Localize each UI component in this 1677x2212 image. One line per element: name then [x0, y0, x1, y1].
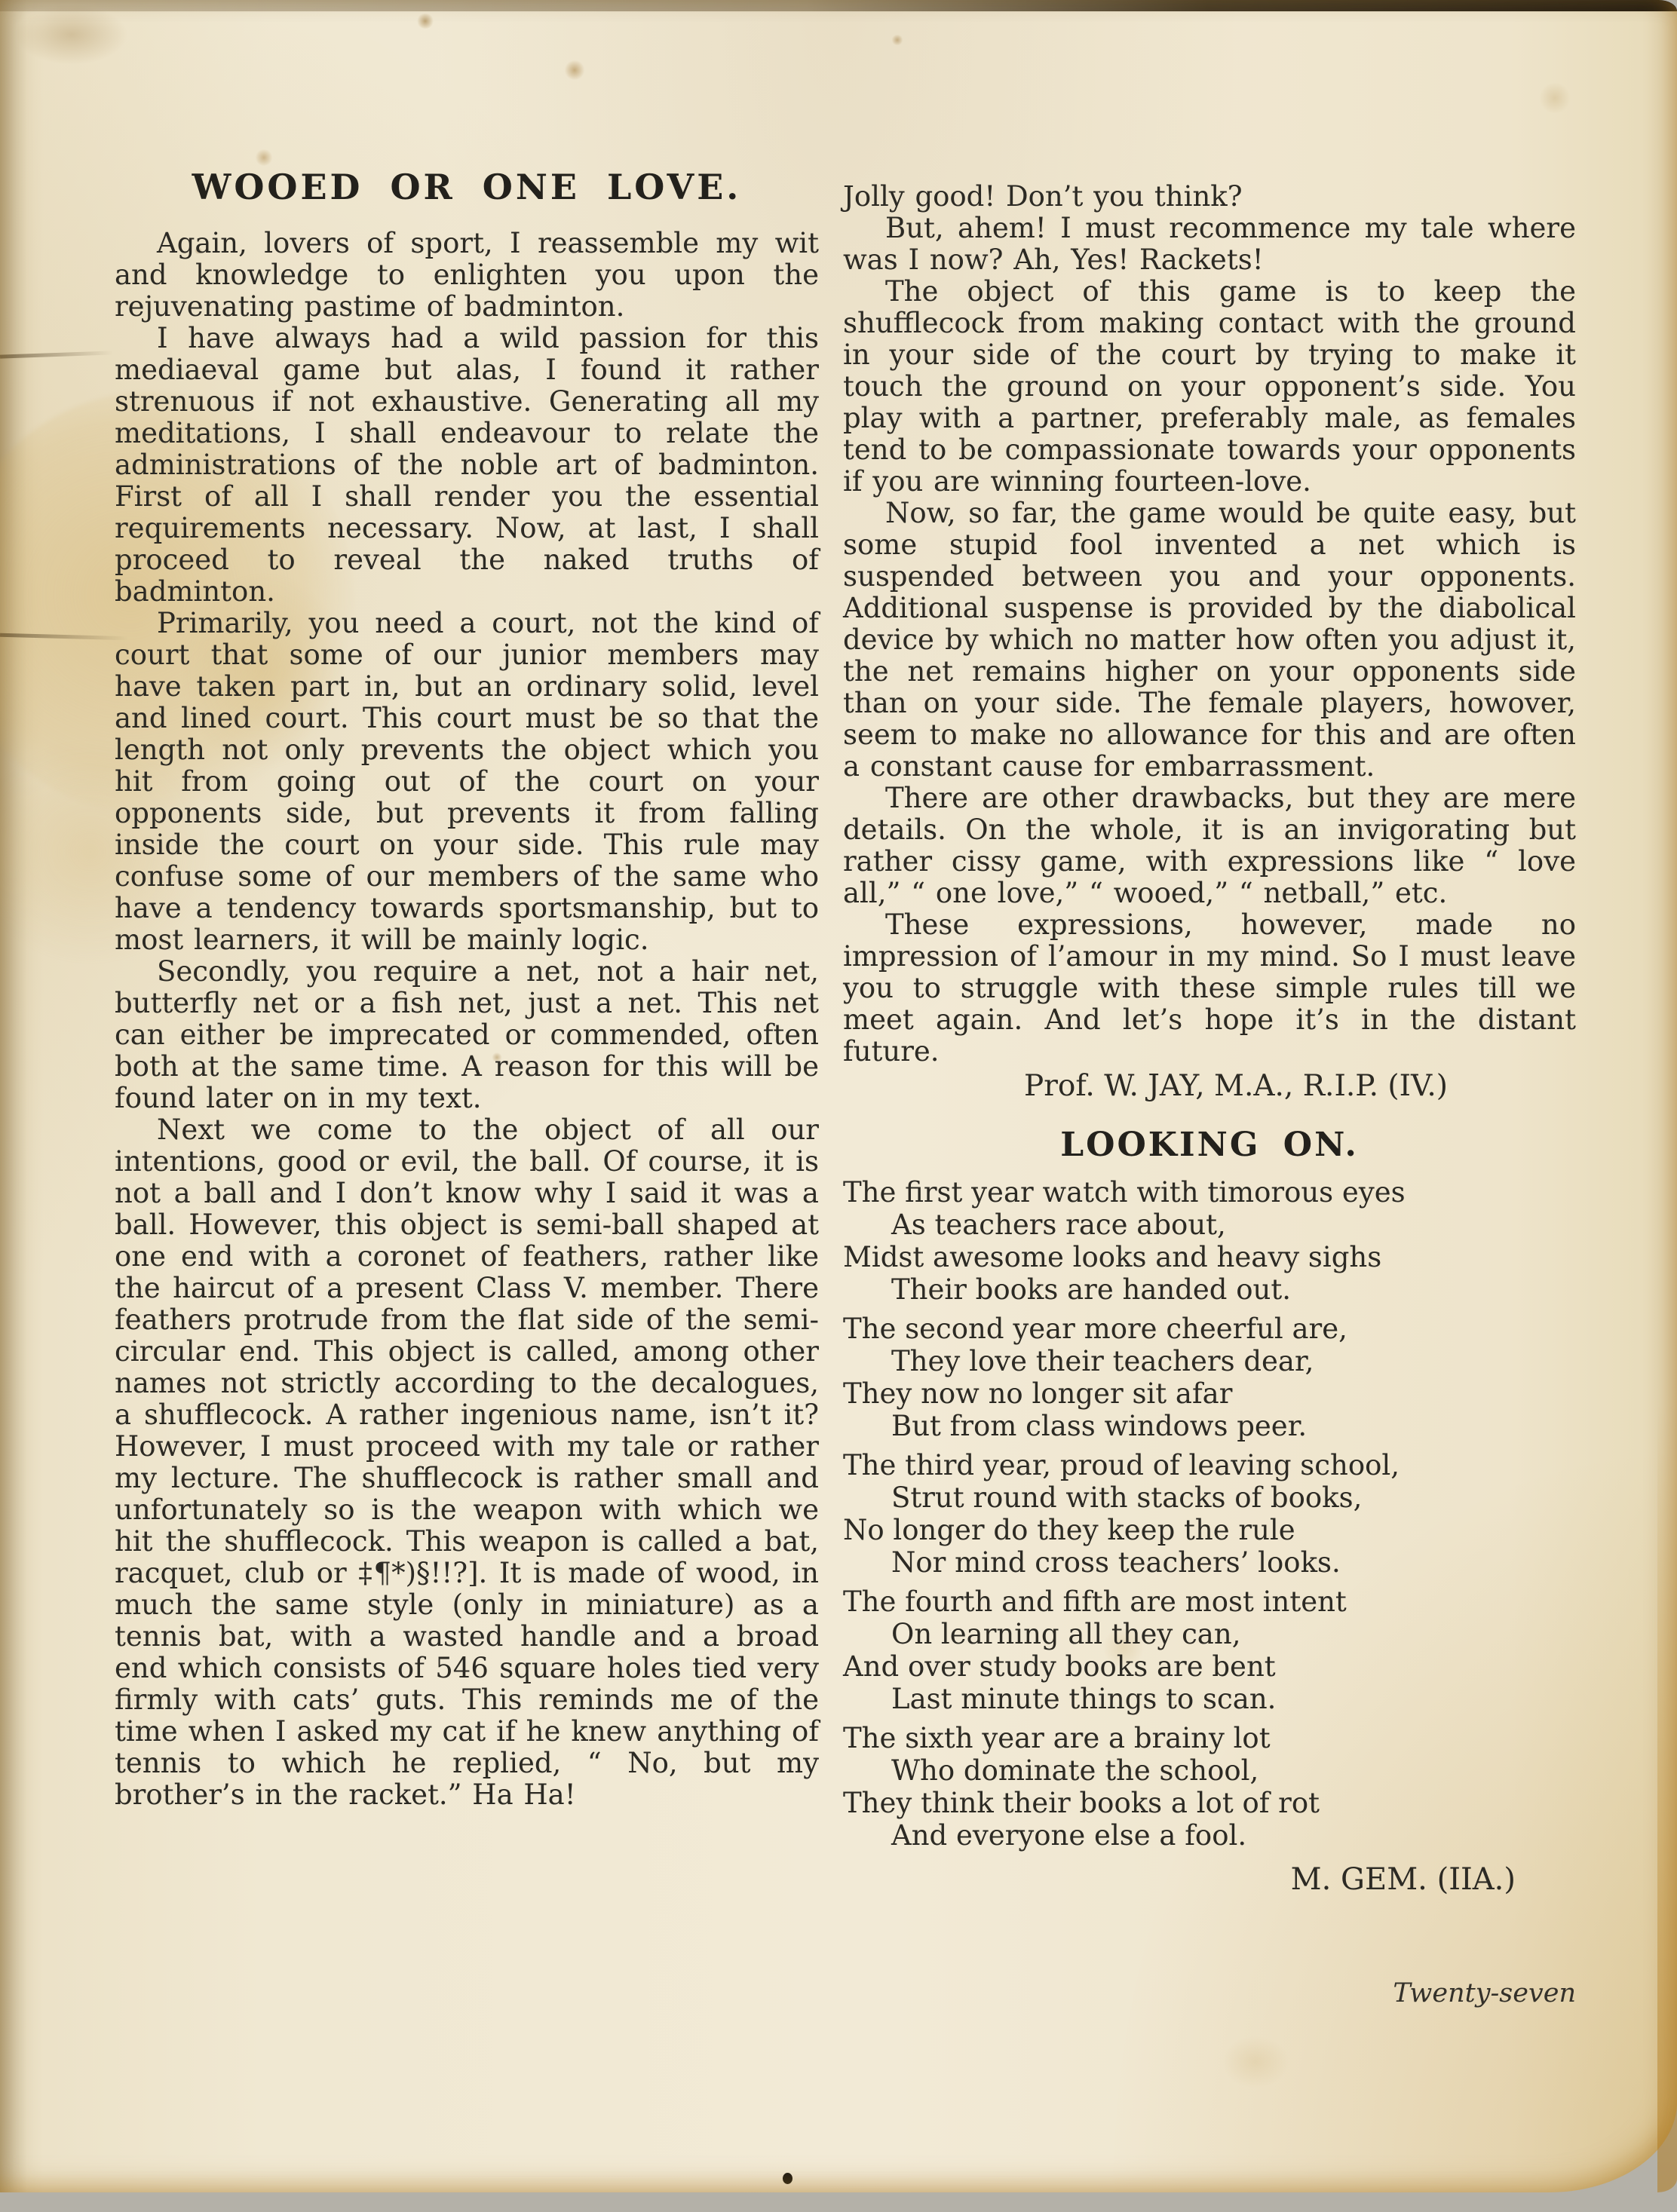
- article-paragraph: Again, lovers of sport, I reassemble my …: [115, 228, 819, 323]
- poem-line: As teachers race about,: [843, 1209, 1576, 1241]
- article-column-left: WOOED OR ONE LOVE. Again, lovers of spor…: [115, 167, 819, 1811]
- top-edge-shadow: [0, 0, 1677, 11]
- poem-line: No longer do they keep the rule: [843, 1514, 1576, 1546]
- poem-line: Nor mind cross teachers’ looks.: [843, 1546, 1576, 1579]
- poem-line: The second year more cheerful are,: [843, 1313, 1576, 1345]
- foxing-spot: [416, 14, 434, 29]
- poem-stanza: The second year more cheerful are, They …: [843, 1313, 1576, 1442]
- article-paragraph: Primarily, you need a court, not the kin…: [115, 608, 819, 956]
- poem-line: The fourth and fifth are most intent: [843, 1585, 1576, 1618]
- poem-line: The first year watch with timorous eyes: [843, 1176, 1576, 1209]
- article-title: WOOED OR ONE LOVE.: [115, 167, 819, 207]
- poem-line: Their books are handed out.: [843, 1273, 1576, 1306]
- poem-signature: M. GEM. (IIA.): [843, 1862, 1576, 1897]
- poem-line: They love their teachers dear,: [843, 1345, 1576, 1377]
- poem-stanza: The third year, proud of leaving school,…: [843, 1449, 1576, 1579]
- poem-line: On learning all they can,: [843, 1618, 1576, 1650]
- poem-title: LOOKING ON.: [843, 1126, 1576, 1164]
- ink-speck: [783, 2173, 793, 2184]
- poem-line: And everyone else a fool.: [843, 1819, 1576, 1852]
- poem-line: And over study books are bent: [843, 1650, 1576, 1683]
- article-paragraph: But, ahem! I must recommence my tale whe…: [843, 213, 1576, 276]
- poem-stanza: The first year watch with timorous eyes …: [843, 1176, 1576, 1306]
- foxing-spot: [255, 149, 273, 166]
- poem-line: Strut round with stacks of books,: [843, 1481, 1576, 1514]
- article-paragraph: The object of this game is to keep the s…: [843, 276, 1576, 498]
- page-edge-amber: [1657, 1402, 1677, 2192]
- article-paragraph: Secondly, you require a net, not a hair …: [115, 956, 819, 1114]
- poem-line: They think their books a lot of rot: [843, 1787, 1576, 1819]
- article-paragraph: These expressions, however, made no impr…: [843, 909, 1576, 1068]
- binding-shadow: [0, 0, 27, 2192]
- foxing-spot: [15, 5, 128, 65]
- foxing-spot: [1222, 2036, 1289, 2088]
- article-paragraph: I have always had a wild passion for thi…: [115, 323, 819, 608]
- article-paragraph: There are other drawbacks, but they are …: [843, 783, 1576, 909]
- scanner-bed: { "document": { "article": { "title": "W…: [0, 0, 1677, 2212]
- article-column-right: Jolly good! Don’t you think? But, ahem! …: [843, 181, 1576, 1897]
- poem-stanza: The fourth and fifth are most intent On …: [843, 1585, 1576, 1715]
- foxing-spot: [1538, 83, 1571, 113]
- article-paragraph: Now, so far, the game would be quite eas…: [843, 498, 1576, 783]
- article-paragraph: Jolly good! Don’t you think?: [843, 181, 1576, 213]
- page-sheet: WOOED OR ONE LOVE. Again, lovers of spor…: [0, 0, 1677, 2192]
- poem-line: Midst awesome looks and heavy sighs: [843, 1241, 1576, 1273]
- foxing-spot: [564, 60, 585, 80]
- poem-line: Last minute things to scan.: [843, 1683, 1576, 1715]
- foxing-spot: [891, 35, 903, 45]
- page-number-label: Twenty-seven: [843, 1978, 1675, 2008]
- poem-line: But from class windows peer.: [843, 1410, 1576, 1442]
- article-attribution: Prof. W. JAY, M.A., R.I.P. (IV.): [843, 1069, 1576, 1104]
- article-paragraph: Next we come to the object of all our in…: [115, 1114, 819, 1811]
- poem-line: Who dominate the school,: [843, 1754, 1576, 1787]
- poem-line: They now no longer sit afar: [843, 1377, 1576, 1410]
- poem-line: The sixth year are a brainy lot: [843, 1722, 1576, 1754]
- poem-stanza: The sixth year are a brainy lot Who domi…: [843, 1722, 1576, 1852]
- poem-line: The third year, proud of leaving school,: [843, 1449, 1576, 1481]
